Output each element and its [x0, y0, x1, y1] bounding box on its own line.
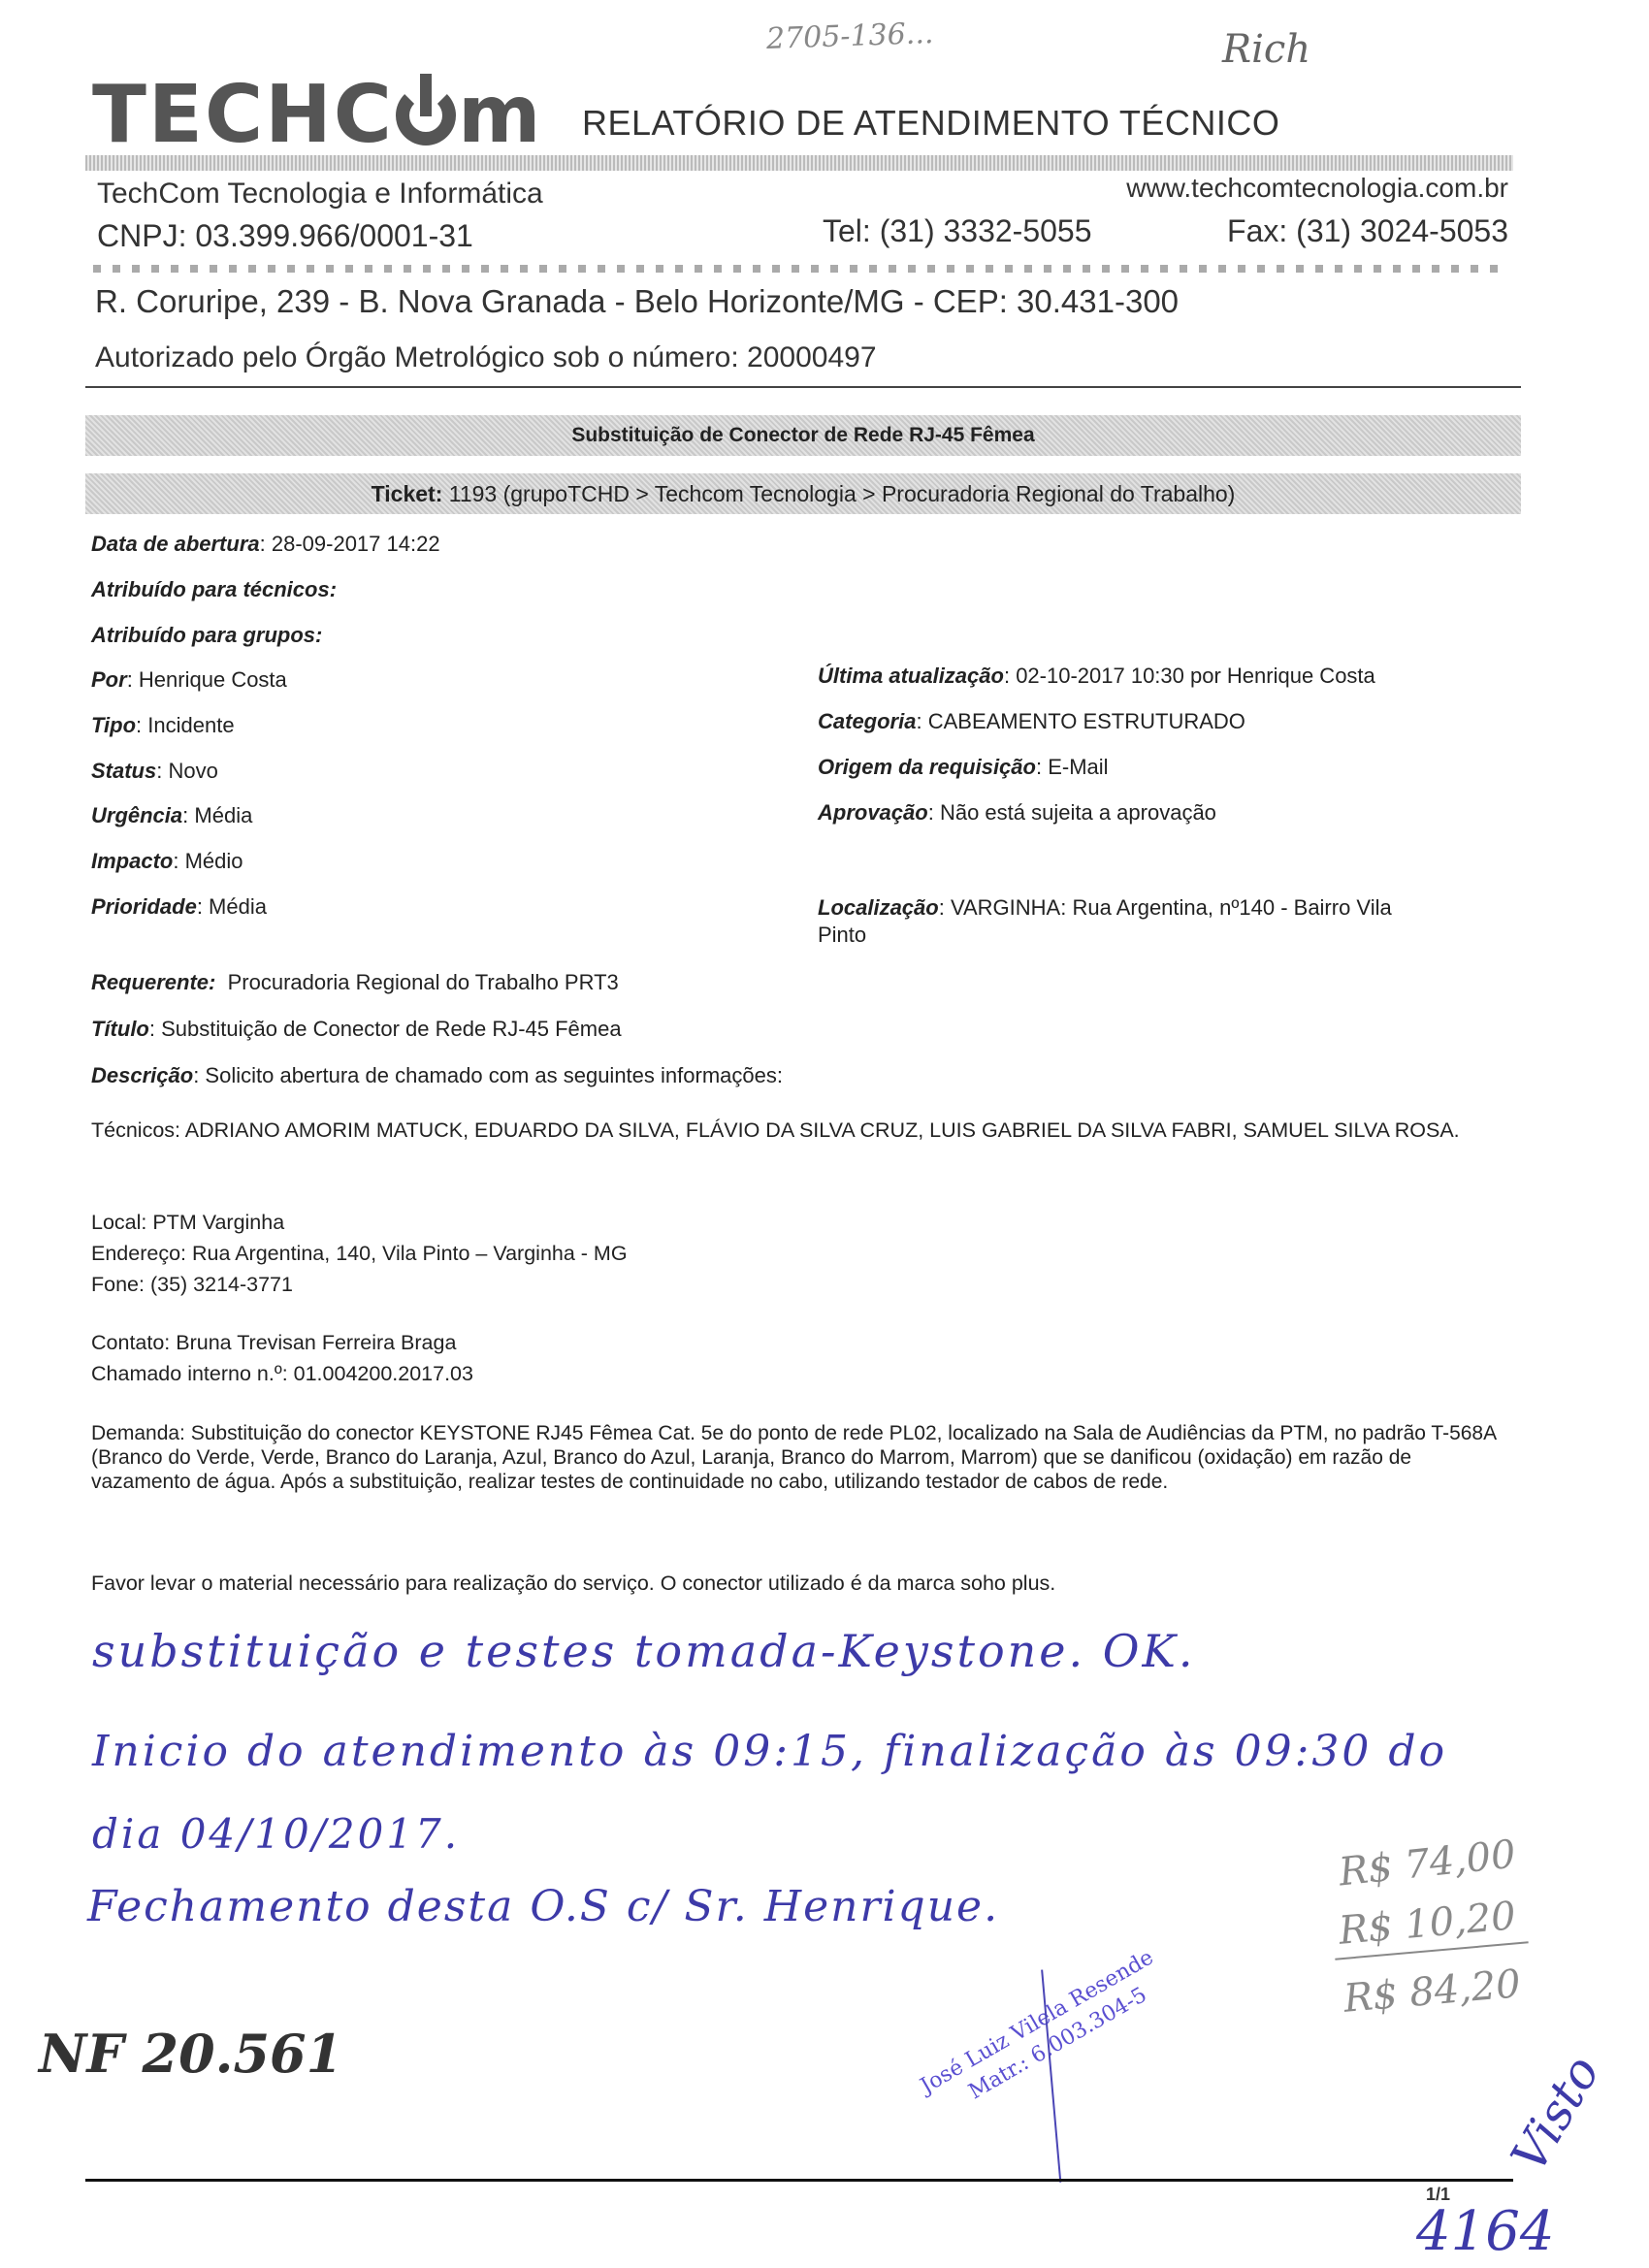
handwritten-note-line3: dia 04/10/2017. — [92, 1810, 460, 1858]
field-prioridade: Prioridade: Média — [91, 894, 267, 920]
handwritten-note-line1: substituição e testes tomada-Keystone. O… — [92, 1625, 1195, 1677]
handwritten-total: R$ 84,20 — [1342, 1961, 1522, 2022]
field-localizacao: Localização: VARGINHA: Rua Argentina, nº… — [818, 894, 1392, 949]
company-phone: Tel: (31) 3332-5055 — [823, 213, 1092, 249]
stamp-name: José Luiz Vilela Resende — [916, 1921, 1199, 2101]
footer-rule — [85, 2179, 1513, 2182]
fone-line: Fone: (35) 3214-3771 — [91, 1273, 1507, 1297]
field-tipo: Tipo: Incidente — [91, 713, 235, 738]
field-atribuido-tecnicos: Atribuído para técnicos: — [91, 577, 337, 602]
company-website: www.techcomtecnologia.com.br — [1126, 173, 1508, 204]
logo-text-left: TECHC — [92, 69, 394, 161]
metrology-authorization: Autorizado pelo Órgão Metrológico sob o … — [95, 341, 877, 374]
signature-stamp: José Luiz Vilela Resende Matr.: 6.003.30… — [916, 1921, 1257, 2202]
company-cnpj: CNPJ: 03.399.966/0001-31 — [97, 218, 473, 254]
handwritten-note-line4: Fechamento desta O.S c/ Sr. Henrique. — [87, 1882, 999, 1931]
ticket-band: Ticket: 1193 (grupoTCHD > Techcom Tecnol… — [85, 473, 1521, 514]
field-descricao: Descrição: Solicito abertura de chamado … — [91, 1063, 783, 1088]
report-title: RELATÓRIO DE ATENDIMENTO TÉCNICO — [582, 103, 1279, 144]
field-categoria: Categoria: CABEAMENTO ESTRUTURADO — [818, 709, 1245, 734]
field-atribuido-grupos: Atribuído para grupos: — [91, 623, 322, 648]
field-status: Status: Novo — [91, 759, 218, 784]
stamp-matricula: Matr.: 6.003.304-5 — [930, 1946, 1213, 2126]
field-titulo: Título: Substituição de Conector de Rede… — [91, 1017, 622, 1042]
demanda-paragraph: Demanda: Substituição do conector KEYSTO… — [91, 1421, 1512, 1494]
techcom-logo: TECHCm — [92, 76, 542, 155]
field-impacto: Impacto: Médio — [91, 849, 243, 874]
header-divider — [85, 155, 1513, 171]
company-name: TechCom Tecnologia e Informática — [97, 178, 543, 211]
field-urgencia: Urgência: Média — [91, 803, 252, 828]
field-aprovacao: Aprovação: Não está sujeita a aprovação — [818, 800, 1216, 826]
ticket-title: Substituição de Conector de Rede RJ-45 F… — [571, 424, 1034, 446]
local-line: Local: PTM Varginha — [91, 1211, 1507, 1235]
field-por: Por: Henrique Costa — [91, 667, 287, 693]
handwritten-value-1: R$ 74,00 — [1337, 1832, 1518, 1895]
handwritten-invoice-number: NF 20.561 — [39, 2023, 342, 2085]
technicians-list: Técnicos: ADRIANO AMORIM MATUCK, EDUARDO… — [91, 1118, 1469, 1143]
field-data-abertura: Data de abertura: 28-09-2017 14:22 — [91, 532, 440, 557]
favor-line: Favor levar o material necessário para r… — [91, 1571, 1507, 1596]
dotted-divider — [93, 265, 1509, 273]
ticket-label: Ticket: — [372, 481, 443, 506]
company-fax: Fax: (31) 3024-5053 — [1227, 213, 1508, 249]
handwritten-note-line2: Inicio do atendimento às 09:15, finaliza… — [92, 1727, 1447, 1776]
field-requerente: Requerente: Procuradoria Regional do Tra… — [91, 970, 619, 995]
company-address: R. Coruripe, 239 - B. Nova Granada - Bel… — [95, 283, 1179, 320]
field-ultima-atualizacao: Última atualização: 02-10-2017 10:30 por… — [818, 664, 1375, 689]
handwritten-folio-number: 4164 — [1416, 2200, 1555, 2263]
handwritten-initials: Rich — [1222, 27, 1310, 72]
ticket-title-band: Substituição de Conector de Rede RJ-45 F… — [85, 415, 1521, 456]
field-origem-requisicao: Origem da requisição: E-Mail — [818, 755, 1109, 780]
header-rule — [85, 386, 1521, 388]
handwritten-reference-number: 2705-136... — [765, 16, 933, 56]
contato-line: Contato: Bruna Trevisan Ferreira Braga — [91, 1331, 1507, 1355]
endereco-line: Endereço: Rua Argentina, 140, Vila Pinto… — [91, 1242, 1507, 1266]
power-icon — [396, 85, 456, 146]
logo-text-right: m — [458, 69, 542, 161]
handwritten-visto: Visto — [1501, 2046, 1611, 2181]
ticket-value: 1193 (grupoTCHD > Techcom Tecnologia > P… — [449, 481, 1236, 506]
chamado-interno-line: Chamado interno n.º: 01.004200.2017.03 — [91, 1362, 1507, 1386]
